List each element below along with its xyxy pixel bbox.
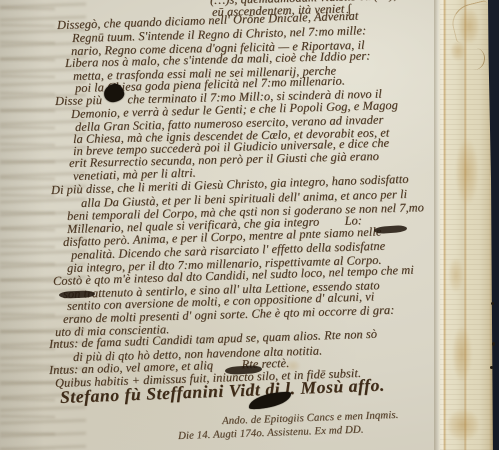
manuscript-photo: (…)s, quemadmodum vidistis eū (…),eū asc…	[0, 0, 499, 450]
manuscript-text: (…)s, quemadmodum vidistis eū (…),eū asc…	[0, 0, 499, 450]
manuscript-line: Die 14. Augti 174o. Assistenu. Ex md DD.	[178, 424, 364, 443]
